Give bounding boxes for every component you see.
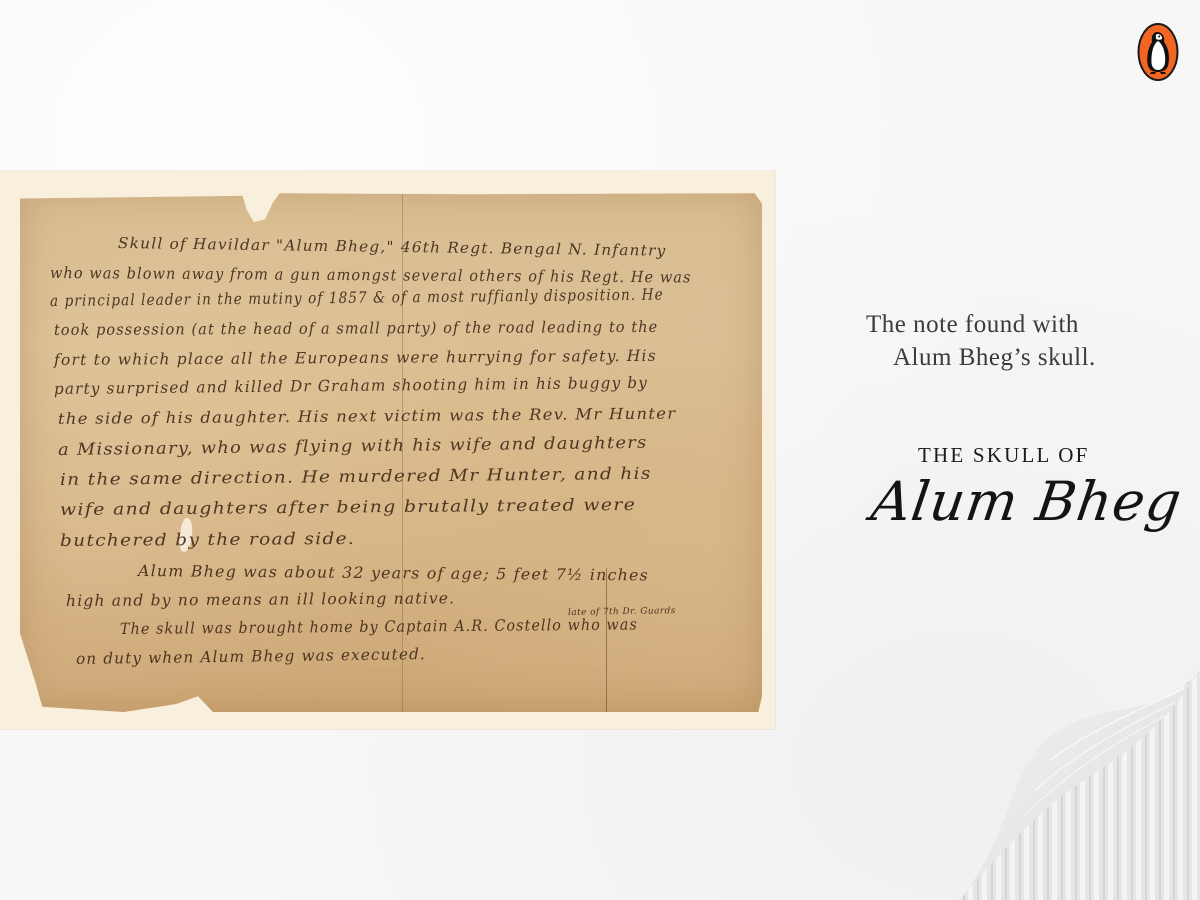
note-line: on duty when Alum Bheg was executed. <box>76 645 426 668</box>
note-line: took possession (at the head of a small … <box>54 318 658 339</box>
note-line: a Missionary, who was flying with his wi… <box>58 433 648 459</box>
note-line: wife and daughters after being brutally … <box>60 495 636 519</box>
note-line: party surprised and killed Dr Graham sho… <box>54 374 648 398</box>
note-line: Skull of Havildar "Alum Bheg," 46th Regt… <box>118 234 667 260</box>
handwritten-note-image: Skull of Havildar "Alum Bheg," 46th Regt… <box>20 188 762 712</box>
note-annotation: late of 7th Dr. Guards <box>568 606 676 618</box>
note-line: butchered by the road side. <box>60 529 355 550</box>
note-line: The skull was brought home by Captain A.… <box>120 615 638 638</box>
title-script: Alum Bheg <box>868 470 1186 533</box>
handwritten-text: Skull of Havildar "Alum Bheg," 46th Regt… <box>20 188 762 712</box>
penguin-logo-icon <box>1137 22 1179 82</box>
note-line: high and by no means an ill looking nati… <box>66 589 455 610</box>
note-line: Alum Bheg was about 32 years of age; 5 f… <box>138 562 649 584</box>
caption-line-1: The note found with <box>866 308 1166 341</box>
caption: The note found with Alum Bheg’s skull. <box>866 308 1166 374</box>
caption-line-2: Alum Bheg’s skull. <box>866 341 1166 374</box>
note-line: a principal leader in the mutiny of 1857… <box>50 286 664 310</box>
note-line: the side of his daughter. His next victi… <box>58 405 676 428</box>
note-line: in the same direction. He murdered Mr Hu… <box>60 464 652 489</box>
note-photo-panel: Skull of Havildar "Alum Bheg," 46th Regt… <box>0 171 775 729</box>
page-curl-decoration <box>940 640 1200 900</box>
note-line: who was blown away from a gun amongst se… <box>50 264 692 286</box>
note-line: fort to which place all the Europeans we… <box>54 347 657 369</box>
title-kicker: THE SKULL OF <box>918 443 1089 468</box>
